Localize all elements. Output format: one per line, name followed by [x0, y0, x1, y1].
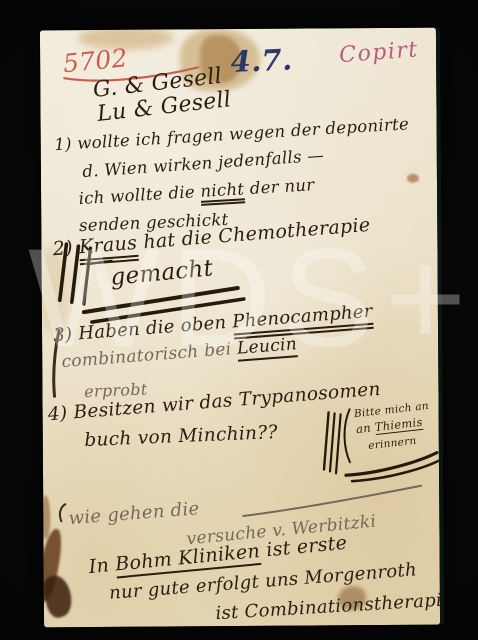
side-note-line-3: erinnern [368, 436, 417, 452]
closing-line-1: wie gehen die [68, 500, 200, 528]
underlined-word-phenocampher: Phenocampher [232, 301, 374, 340]
line-text: combinatorisch bei [61, 339, 238, 372]
line-text: der nur [244, 175, 315, 198]
question-1-line-3: ich wollte die nicht der nur [78, 177, 315, 207]
question-3-line-1: 3) Haben die oben Phenocampher [53, 303, 374, 346]
line-text: 2) [52, 236, 80, 260]
damage-left-edge-2 [40, 573, 76, 620]
damage-left-edge-1 [40, 527, 64, 603]
underlined-word-leucin: Leucin [236, 334, 298, 362]
gemacht-word: gemacht [110, 257, 215, 290]
question-4-line-2: buch von Minchin?? [84, 424, 278, 451]
underlined-word-nicht: nicht [200, 179, 245, 206]
damage-left-edge-3 [41, 495, 50, 539]
closing-line-5: ist Combinationstherapie!! [215, 590, 440, 623]
manuscript-card: 5702 4.7. Copirt G. & Gesell Lu & Gesell… [40, 28, 440, 628]
line-text: In [88, 554, 117, 578]
line-text: an [355, 420, 375, 436]
date-annotation: 4.7. [230, 45, 293, 77]
line-text: ich wollte die [78, 182, 201, 208]
photo-backdrop: 5702 4.7. Copirt G. & Gesell Lu & Gesell… [0, 0, 478, 640]
stain-rust-dot [407, 174, 419, 183]
underlined-word-thiemis: Thiemis [374, 415, 424, 435]
side-note-line-2: an Thiemis [355, 417, 423, 436]
copy-stamp: Copirt [338, 39, 419, 67]
archive-number: 5702 [62, 45, 129, 76]
underlined-word-kraus: Kraus [78, 232, 138, 265]
